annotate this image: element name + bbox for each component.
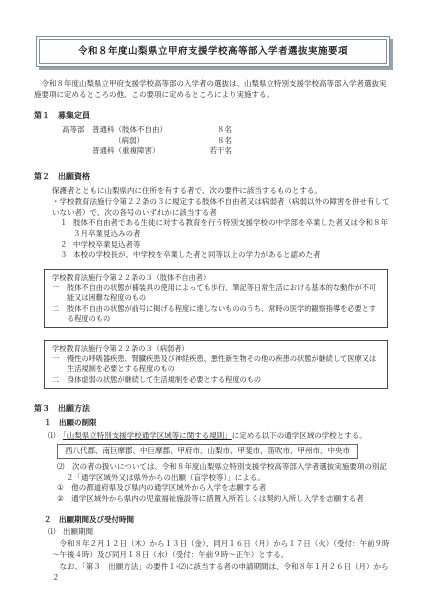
list-item: １ 肢体不自由者である生徒に対する教育を行う特別支援学校の中学部を卒業した者又は… (60, 218, 392, 239)
capacity-course: 普通科（重複障害） (92, 146, 192, 157)
capacity-dept: 高等部 (62, 125, 92, 136)
capacity-course: （病弱） (92, 136, 192, 147)
item-number: ３ (60, 250, 73, 261)
capacity-count: ８名 (192, 136, 232, 147)
section2-item-list: １ 肢体不自由者である生徒に対する教育を行う特別支援学校の中学部を卒業した者又は… (60, 218, 392, 261)
law-item: 一 肢体不自由の状態が補装具の使用によっても歩行、筆記等日常生活における基本的な… (52, 283, 380, 303)
capacity-dept (62, 146, 92, 157)
item-text: 肢体不自由の状態が前号に掲げる程度に達しないもののうち、常時の医学的観察指導を必… (67, 304, 380, 324)
rule-quote: 「山梨県立特別支援学校通学区域等に関する規則」 (63, 431, 232, 440)
school-area-box-wrap: 西八代郡、南巨摩郡、中巨摩郡、甲府市、山梨市、甲斐市、笛吹市、甲州市、中央市 (57, 444, 392, 460)
restriction-item2: ⑵ 次の者の扱いについては、令和８年度山梨県立特別支援学校高等部入学者選抜実施要… (57, 462, 392, 483)
item-text: 慢性の呼吸器疾患、腎臓疾患及び神経疾患、悪性新生物その他の疾患の状態が継続して医… (67, 354, 380, 374)
section2-bullet: ・学校教育法施行令第２２条の３に規定する肢体不自由者又は病弱者（病弱以外の障害を… (52, 197, 392, 218)
application-period-note: なお、「第３ 出願方法」の要件１-⑵に該当する者の申請期間は、令和８年１月２６日… (52, 562, 392, 583)
law-item: 二 身体虚弱の状態が継続して生活規制を必要とする程度のもの (52, 375, 380, 385)
item-text: 身体虚弱の状態が継続して生活規制を必要とする程度のもの (67, 375, 380, 385)
capacity-row: 普通科（重複障害） 若干名 (62, 146, 392, 157)
item-number: ２ (60, 240, 73, 251)
school-area-box: 西八代郡、南巨摩郡、中巨摩郡、甲府市、山梨市、甲斐市、笛吹市、甲州市、中央市 (57, 444, 358, 460)
capacity-dept (62, 136, 92, 147)
item-number: 一 (52, 283, 67, 303)
item-text: 肢体不自由者である生徒に対する教育を行う特別支援学校の中学部を卒業した者又は令和… (73, 218, 392, 239)
list-item: ２ 中学校卒業見込者等 (60, 240, 392, 251)
intro-paragraph: 令和８年度山梨県立甲府支援学校高等部の入学者の選抜は、山梨県立特別支援学校高等部… (34, 79, 392, 100)
capacity-count: ８名 (192, 125, 232, 136)
section3-sub2-heading: ２ 出願期間及び受付時間 (44, 515, 392, 526)
item-text: 中学校卒業見込者等 (73, 240, 392, 251)
restriction-item2-sub2: ② 通学区域外から県内の児童福祉施設等に措置入所若しくは契約入所し入学を志願する… (57, 494, 392, 505)
title-box: 令和８年度山梨県立甲府支援学校高等部入学者選抜実施要項 (36, 36, 390, 67)
section2-heading: 第２ 出願資格 (34, 171, 392, 182)
application-period-text: 令和８年２月１２日（木）から１３日（金）、同月１６日（月）から１７日（火）（受付… (52, 539, 392, 560)
page-title: 令和８年度山梨県立甲府支援学校高等部入学者選抜実施要項 (39, 39, 387, 64)
rule-rest: に定める以下の通学区域の学校とする。 (232, 431, 367, 440)
item-text: 肢体不自由の状態が補装具の使用によっても歩行、筆記等日常生活における基本的な動作… (67, 283, 380, 303)
section1-heading: 第１ 募集定員 (34, 110, 392, 121)
item-number: 二 (52, 304, 67, 324)
application-period-label: ⑴ 出願期間 (48, 527, 392, 538)
section2-lead: 保護者とともに山梨県内に住所を有する者で、次の要件に該当するものとする。 (52, 186, 392, 197)
item-number: 一 (52, 354, 67, 374)
law-item: 一 慢性の呼吸器疾患、腎臓疾患及び神経疾患、悪性新生物その他の疾患の状態が継続し… (52, 354, 380, 374)
section3-sub1-heading: １ 出願の制限 (44, 418, 392, 429)
item-number: １ (60, 218, 73, 239)
section3-heading: 第３ 出願方法 (34, 403, 392, 414)
restriction-item2-sub1: ① 他の都道府県及び県内の通学区域外から入学を志願する者 (57, 483, 392, 494)
document-page: 令和８年度山梨県立甲府支援学校高等部入学者選抜実施要項 令和８年度山梨県立甲府支… (0, 0, 424, 600)
capacity-row: 高等部 普通科（肢体不自由） ８名 (62, 125, 392, 136)
law-box-sickly: 学校教育法施行令第２２条の３（病弱者） 一 慢性の呼吸器疾患、腎臓疾患及び神経疾… (44, 340, 388, 389)
capacity-table: 高等部 普通科（肢体不自由） ８名 （病弱） ８名 普通科（重複障害） 若干名 (62, 125, 392, 157)
law-box-title: 学校教育法施行令第２２条の３（肢体不自由者） (52, 273, 380, 283)
item-text: 本校の学校長が、中学校を卒業した者と同等以上の学力があると認めた者 (73, 250, 392, 261)
capacity-course: 普通科（肢体不自由） (92, 125, 192, 136)
law-box-physical: 学校教育法施行令第２２条の３（肢体不自由者） 一 肢体不自由の状態が補装具の使用… (44, 269, 388, 328)
capacity-row: （病弱） ８名 (62, 136, 392, 147)
item-number: 二 (52, 375, 67, 385)
law-item: 二 肢体不自由の状態が前号に掲げる程度に達しないもののうち、常時の医学的観察指導… (52, 304, 380, 324)
rule-prefix: ⑴ (48, 431, 63, 440)
restriction-rule-line: ⑴ 「山梨県立特別支援学校通学区域等に関する規則」に定める以下の通学区域の学校と… (48, 431, 392, 442)
capacity-count: 若干名 (192, 146, 232, 157)
list-item: ３ 本校の学校長が、中学校を卒業した者と同等以上の学力があると認めた者 (60, 250, 392, 261)
law-box-title: 学校教育法施行令第２２条の３（病弱者） (52, 344, 380, 354)
